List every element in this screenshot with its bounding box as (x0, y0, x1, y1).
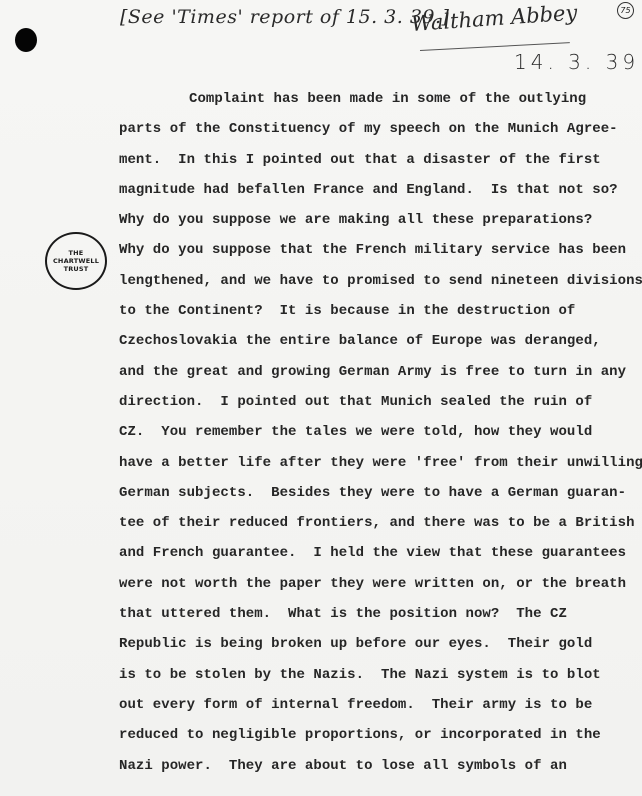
stamp-line: CHARTWELL (53, 257, 99, 265)
text-line: Czechoslovakia the entire balance of Eur… (119, 326, 639, 356)
document-page: [See 'Times' report of 15. 3. 39.] Walth… (0, 0, 642, 796)
text-line: were not worth the paper they were writt… (119, 569, 639, 599)
punch-hole (15, 28, 37, 52)
text-line: to the Continent? It is because in the d… (119, 296, 639, 326)
page-number: 75 (617, 2, 634, 19)
text-line: Why do you suppose we are making all the… (119, 205, 639, 235)
text-line: parts of the Constituency of my speech o… (119, 114, 639, 144)
text-line: ment. In this I pointed out that a disas… (119, 145, 639, 175)
text-line: lengthened, and we have to promised to s… (119, 266, 639, 296)
handwritten-date: 14. 3. 39 (514, 50, 639, 74)
handwritten-note: [See 'Times' report of 15. 3. 39.] (120, 6, 449, 28)
text-line: tee of their reduced frontiers, and ther… (119, 508, 639, 538)
text-line: Complaint has been made in some of the o… (119, 84, 639, 114)
text-line: have a better life after they were 'free… (119, 448, 639, 478)
typed-body-text: Complaint has been made in some of the o… (119, 84, 639, 781)
text-line: direction. I pointed out that Munich sea… (119, 387, 639, 417)
stamp-line: TRUST (64, 265, 89, 273)
text-line: German subjects. Besides they were to ha… (119, 478, 639, 508)
chartwell-trust-stamp: THE CHARTWELL TRUST (45, 232, 107, 290)
text-line: is to be stolen by the Nazis. The Nazi s… (119, 660, 639, 690)
text-line: magnitude had befallen France and Englan… (119, 175, 639, 205)
text-line: reduced to negligible proportions, or in… (119, 720, 639, 750)
text-line: and French guarantee. I held the view th… (119, 538, 639, 568)
stamp-line: THE (69, 249, 84, 257)
text-line: CZ. You remember the tales we were told,… (119, 417, 639, 447)
text-line: Republic is being broken up before our e… (119, 629, 639, 659)
text-line: Nazi power. They are about to lose all s… (119, 751, 639, 781)
text-line: out every form of internal freedom. Thei… (119, 690, 639, 720)
text-line: and the great and growing German Army is… (119, 357, 639, 387)
text-line: Why do you suppose that the French milit… (119, 235, 639, 265)
text-line: that uttered them. What is the position … (119, 599, 639, 629)
